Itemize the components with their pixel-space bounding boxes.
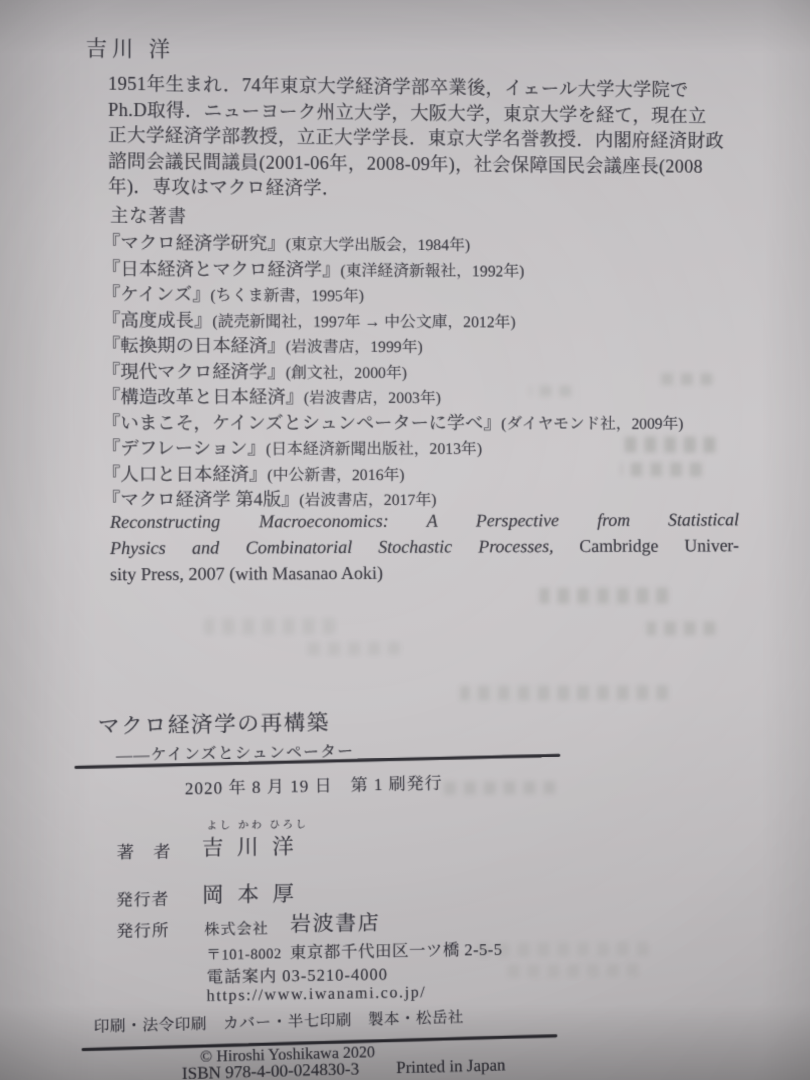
author-label: 著 者 [117, 837, 172, 863]
publishing-office-prefix: 株式会社 [204, 917, 269, 939]
postal-code: 〒101-8002 [206, 946, 281, 963]
address: 東京都千代田区一ツ橋 2-5-5 [290, 940, 503, 962]
publisher-label: 発行者 [116, 886, 169, 911]
publishing-office-label: 発行所 [116, 917, 169, 942]
isbn-number: ISBN 978-4-00-024830-3 [182, 1059, 359, 1080]
author-value: 吉 川 洋 [202, 830, 298, 862]
printed-in-japan: Printed in Japan [396, 1055, 505, 1077]
publisher-value: 岡 本 厚 [202, 877, 298, 910]
colophon-block: よし かわ ひろし 著 者 吉 川 洋 発行者 岡 本 厚 発行所 株式会社 岩… [0, 0, 807, 1080]
page-content: 吉川 洋 1951年生まれ．74年東京大学経済学部卒業後，イェール大学大学院で … [0, 0, 806, 1080]
book-colophon-page-photo: 吉川 洋 1951年生まれ．74年東京大学経済学部卒業後，イェール大学大学院で … [0, 0, 810, 1080]
phone-line: 電話案内 03-5210-4000 [207, 961, 389, 988]
website-url: https://www.iwanami.co.jp/ [207, 984, 427, 1006]
publishing-office-name: 岩波書店 [290, 907, 380, 938]
